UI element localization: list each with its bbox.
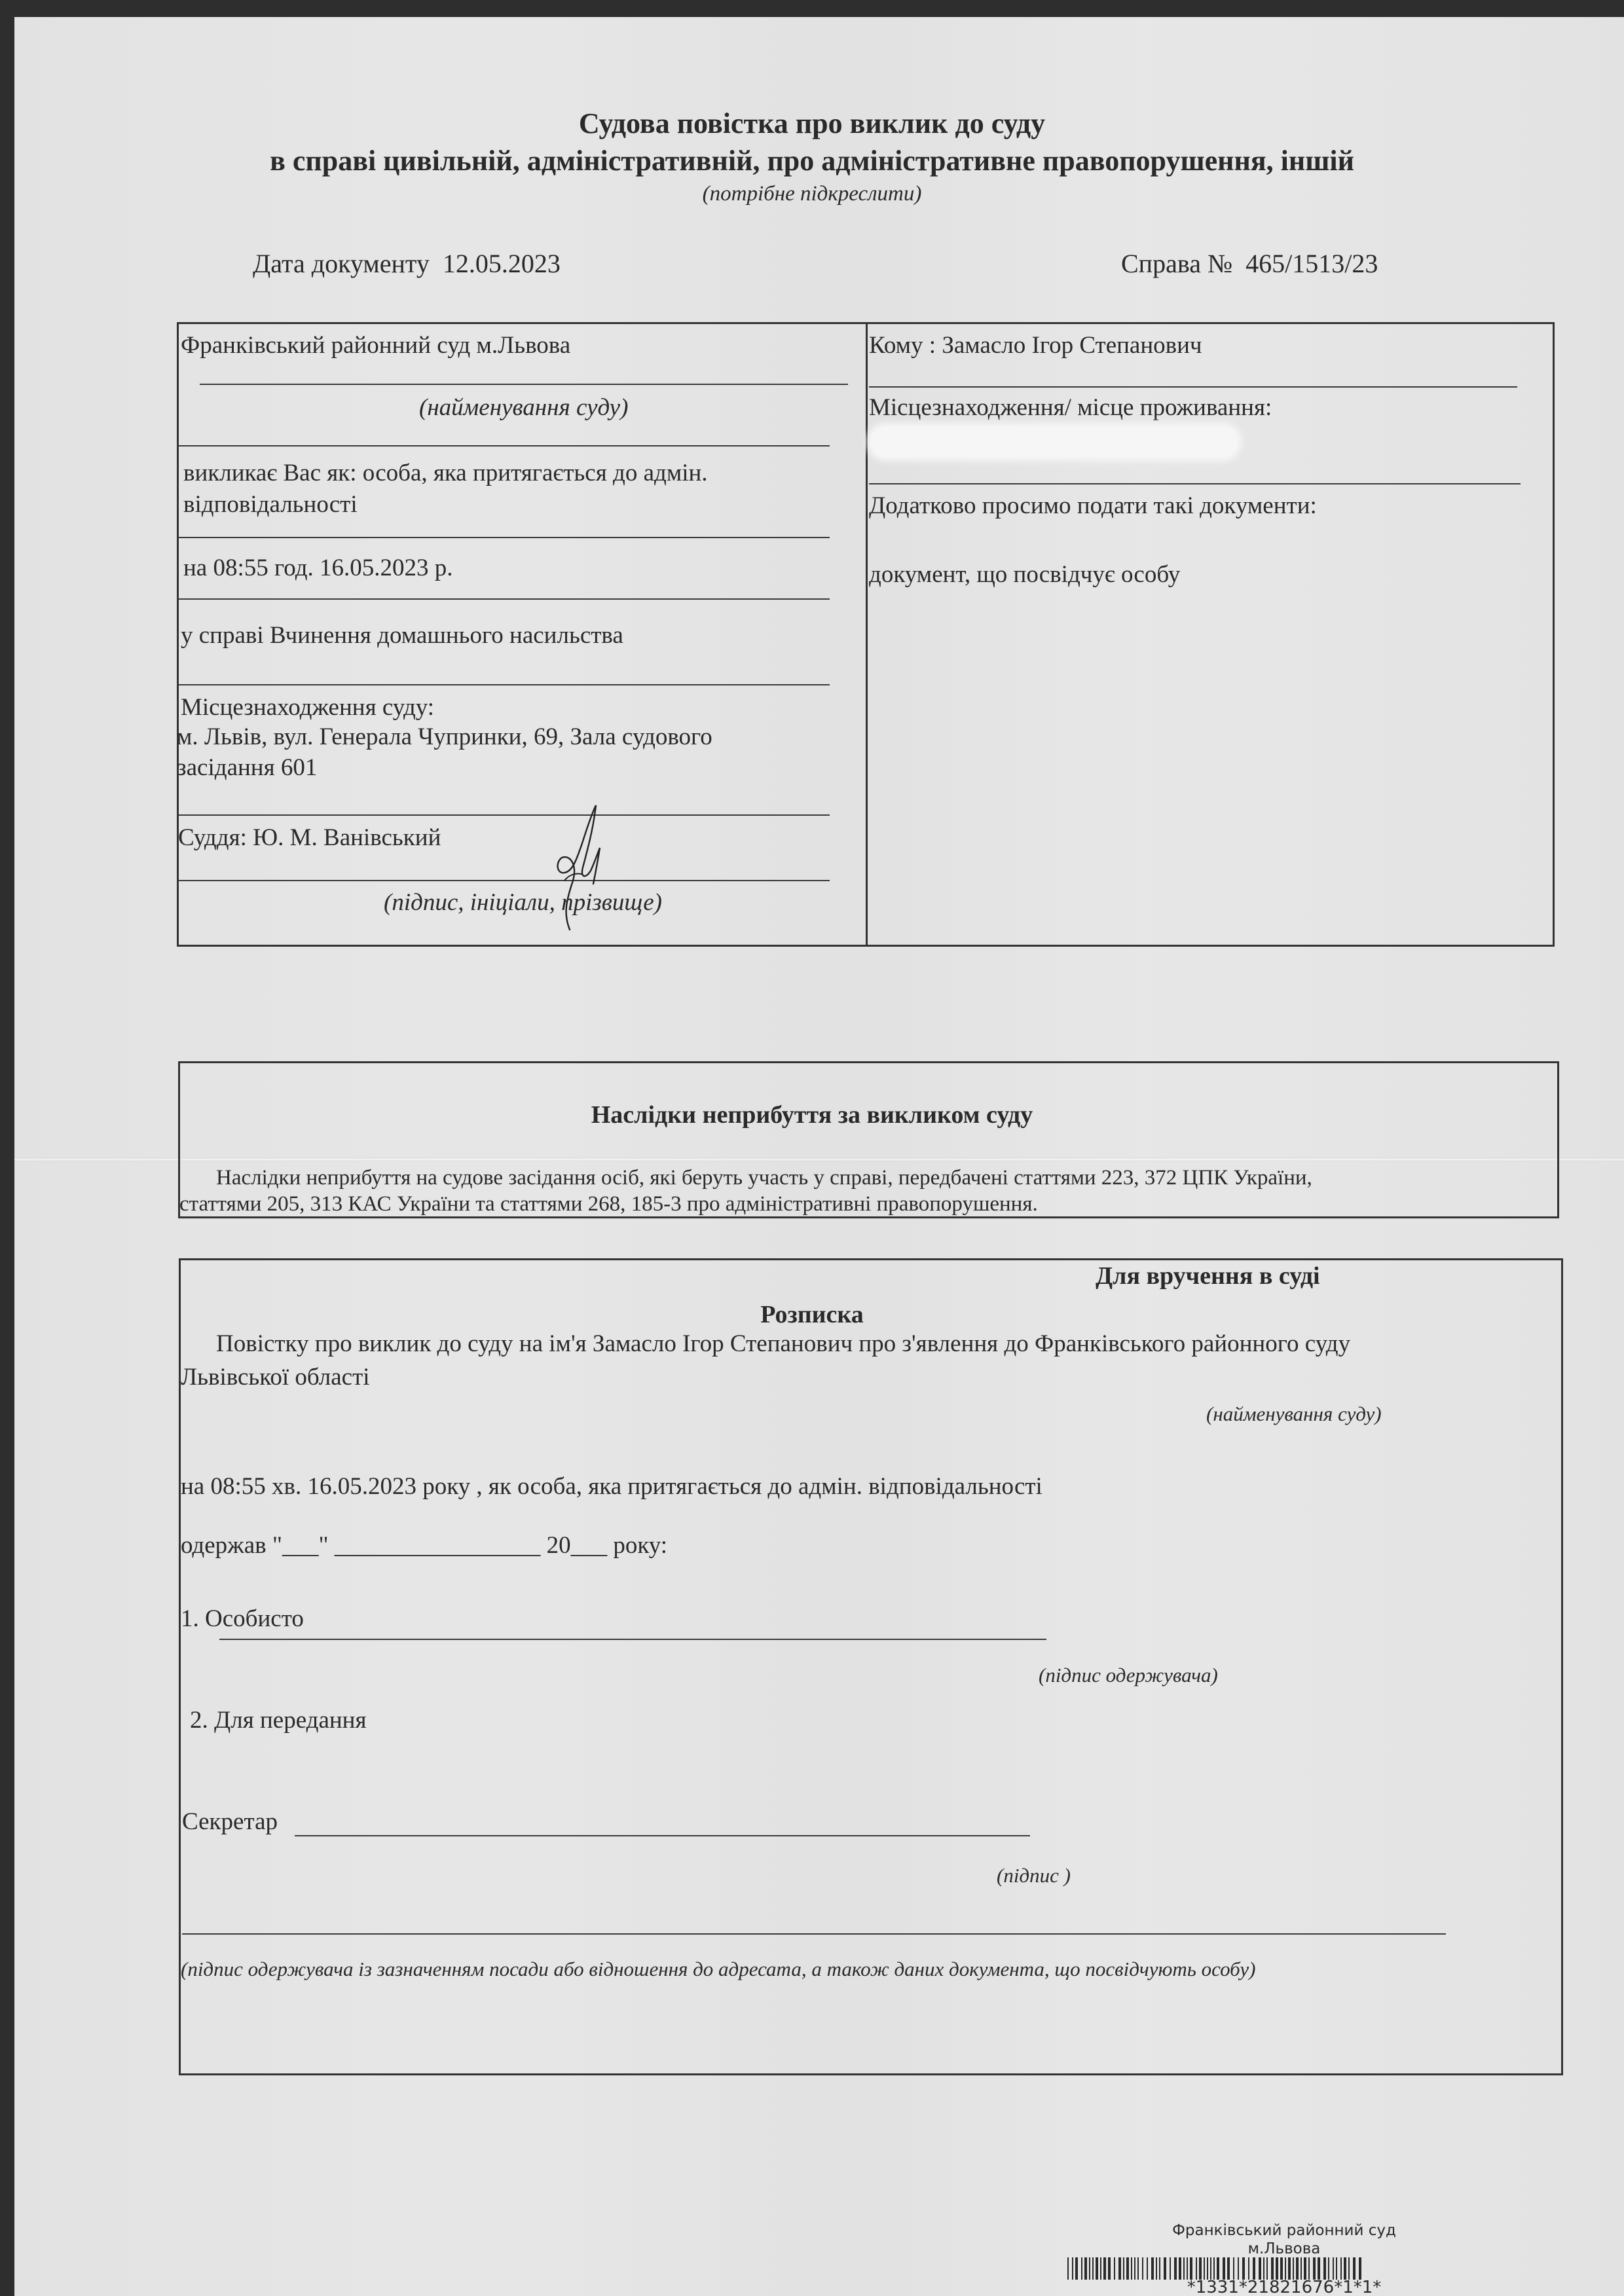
divider <box>178 880 830 881</box>
document-date-value: 12.05.2023 <box>443 249 561 278</box>
court-location-line-2: засідання 601 <box>177 753 317 783</box>
judge-name: Суддя: Ю. М. Ванівський <box>178 823 441 853</box>
residence-redacted <box>871 427 1238 457</box>
case-matter: у справі Вчинення домашнього насильства <box>181 621 623 651</box>
personally-label: 1. Особисто <box>181 1604 304 1634</box>
receipt-court-caption: (найменування суду) <box>1206 1399 1382 1429</box>
consequences-body-line-2: статтями 205, 313 КАС України та статтям… <box>179 1189 1038 1219</box>
court-name: Франківський районний суд м.Львова <box>181 331 570 361</box>
divider <box>178 445 830 446</box>
divider <box>869 386 1517 388</box>
receipt-title: Розписка <box>0 1300 1624 1330</box>
case-number-label: Справа № <box>1121 249 1232 278</box>
receipt-time-line: на 08:55 хв. 16.05.2023 року , як особа,… <box>181 1472 1043 1502</box>
divider <box>178 537 830 538</box>
residence-label: Місцезнаходження/ місце проживання: <box>869 393 1272 423</box>
divider <box>178 684 830 685</box>
additional-docs-value: документ, що посвідчує особу <box>869 560 1180 590</box>
barcode <box>1067 2257 1365 2280</box>
case-number: Справа № 465/1513/23 <box>1121 249 1378 279</box>
recipient: Кому : Замасло Ігор Степанович <box>869 331 1202 361</box>
consequences-title: Наслідки неприбуття за викликом суду <box>0 1100 1624 1130</box>
secretary-signature-caption: (підпис ) <box>997 1861 1071 1891</box>
personally-signature-line[interactable] <box>219 1639 1046 1640</box>
recipient-signature-caption: (підпис одержувача) <box>1039 1660 1218 1690</box>
recipient-details-line[interactable] <box>182 1933 1446 1935</box>
title-note: (потрібне підкреслити) <box>0 182 1624 206</box>
appearance-time: на 08:55 год. 16.05.2023 р. <box>183 553 453 583</box>
received-line: одержав "___" _________________ 20___ ро… <box>181 1531 667 1561</box>
document-date-label: Дата документу <box>253 249 430 278</box>
for-transfer-label: 2. Для передання <box>190 1705 367 1736</box>
title-line-1: Судова повістка про виклик до суду <box>0 107 1624 141</box>
additional-docs-label: Додатково просимо подати такі документи: <box>869 491 1317 521</box>
court-location-label: Місцезнаходження суду: <box>181 693 434 723</box>
document-date: Дата документу 12.05.2023 <box>253 249 561 279</box>
divider <box>178 814 830 816</box>
secretary-label: Секретар <box>182 1807 278 1837</box>
divider <box>200 384 848 385</box>
recipient-details-caption: (підпис одержувача із зазначенням посади… <box>181 1954 1255 1984</box>
divider <box>178 598 830 600</box>
divider <box>869 483 1521 484</box>
judge-signature <box>530 802 629 933</box>
court-location-line-1: м. Львів, вул. Генерала Чупринки, 69, За… <box>177 722 712 752</box>
barcode-text: *1331*21821676*1*1* <box>1137 2278 1431 2296</box>
receipt-box <box>179 1258 1563 2075</box>
court-name-caption: (найменування суду) <box>419 393 628 423</box>
case-number-value: 465/1513/23 <box>1246 249 1378 278</box>
delivery-note: Для вручення в суді <box>1096 1261 1320 1291</box>
receipt-body-line-1: Повістку про виклик до суду на ім'я Зама… <box>216 1329 1350 1359</box>
secretary-signature-line[interactable] <box>295 1835 1030 1836</box>
title-line-2: в справі цивільній, адміністративній, пр… <box>0 144 1624 178</box>
table-divider <box>866 322 868 945</box>
footer-court-line-1: Франківський районний суд <box>1137 2221 1431 2240</box>
summons-as-line-2: відповідальності <box>183 490 358 520</box>
receipt-body-line-2: Львівської області <box>181 1362 370 1393</box>
footer-court-line-2: м.Львова <box>1137 2239 1431 2259</box>
summons-as-line-1: викликає Вас як: особа, яка притягається… <box>183 458 708 488</box>
